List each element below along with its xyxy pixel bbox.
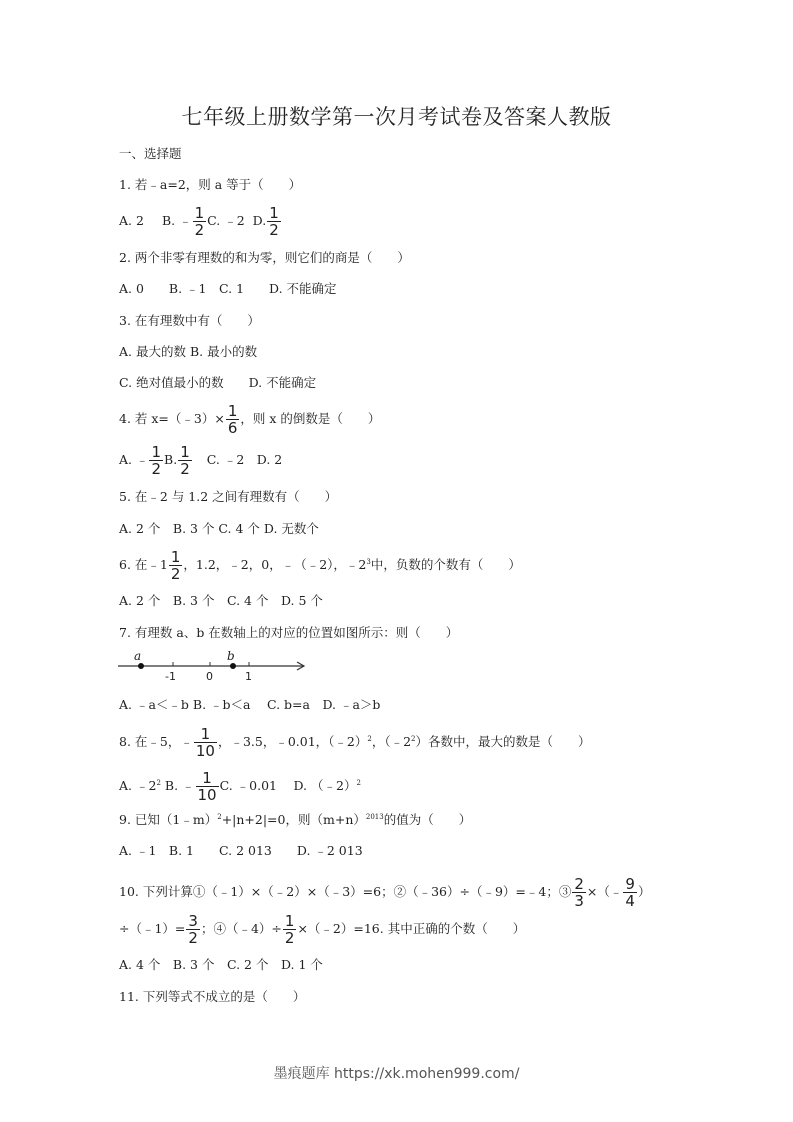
footer-watermark: 墨痕题库 https://xk.mohen999.com/ [0,1063,793,1083]
question-7-options: A. ﹣a＜﹣b B. ﹣b＜a C. b=a D. ﹣a＞b [119,697,380,713]
question-7-stem: 7. 有理数 a、b 在数轴上的对应的位置如图所示：则（ ） [119,625,458,641]
section-heading: 一、选择题 [119,146,182,162]
question-1-options: A. 2B. ﹣12C. ﹣2D.12 [119,205,282,238]
question-6-options: A. 2 个 B. 3 个 C. 4 个 D. 5 个 [119,593,323,609]
fraction: 12 [267,205,281,238]
fraction: 94 [623,876,637,909]
question-9-stem: 9. 已知（1﹣m）2+|n+2|=0，则（m+n）2013的值为（ ） [119,812,471,828]
fraction: 16 [226,403,240,436]
fraction: 32 [186,913,200,946]
question-3-options-2: C. 绝对值最小的数 D. 不能确定 [119,375,316,391]
question-1-stem: 1. 若﹣a=2，则 a 等于（ ） [119,177,301,193]
fraction: 110 [194,726,217,759]
question-3-stem: 3. 在有理数中有（ ） [119,313,260,329]
fraction: 23 [572,876,586,909]
svg-text:-1: -1 [165,670,176,683]
question-11-stem: 11. 下列等式不成立的是（ ） [119,989,305,1005]
fraction: 12 [169,549,183,582]
question-8-stem: 8. 在﹣5，﹣110，﹣3.5，﹣0.01，（﹣2）2，（﹣22）各数中，最大… [119,726,591,759]
question-2-stem: 2. 两个非零有理数的和为零，则它们的商是（ ） [119,250,410,266]
number-line-figure: a b -1 0 1 [118,650,308,686]
svg-text:1: 1 [245,670,252,683]
question-10-line-1: 10. 下列计算①（﹣1）×（﹣2）×（﹣3）=6；②（﹣36）÷（﹣9）=﹣4… [119,876,650,909]
fraction: 12 [193,205,207,238]
question-2-options: A. 0 B. ﹣1 C. 1 D. 不能确定 [119,281,337,297]
question-6-stem: 6. 在﹣112，1.2，﹣2，0，﹣（﹣2），﹣23中，负数的个数有（ ） [119,549,521,582]
svg-text:a: a [134,650,141,663]
question-5-options: A. 2 个 B. 3 个 C. 4 个 D. 无数个 [119,521,319,537]
question-10-options: A. 4 个 B. 3 个 C. 2 个 D. 1 个 [119,957,323,973]
fraction: 12 [283,913,297,946]
question-4-options: A. ﹣12B.12C. ﹣2 D. 2 [119,444,282,477]
question-5-stem: 5. 在﹣2 与 1.2 之间有理数有（ ） [119,489,337,505]
fraction: 12 [178,444,192,477]
question-4-stem: 4. 若 x=（﹣3）×16，则 x 的倒数是（ ） [119,403,380,436]
exam-page: 七年级上册数学第一次月考试卷及答案人教版 一、选择题 1. 若﹣a=2，则 a … [0,0,793,1122]
question-3-options-1: A. 最大的数 B. 最小的数 [119,344,257,360]
question-9-options: A. ﹣1 B. 1 C. 2 013 D. ﹣2 013 [119,843,363,859]
svg-text:0: 0 [206,670,213,683]
question-10-line-2: ÷（﹣1）=32；④（﹣4）÷12×（﹣2）=16. 其中正确的个数（ ） [119,913,525,946]
page-title: 七年级上册数学第一次月考试卷及答案人教版 [0,101,793,131]
svg-text:b: b [227,650,235,663]
fraction: 110 [196,770,219,803]
fraction: 12 [149,444,163,477]
question-8-options: A. ﹣22 B. ﹣110C. ﹣0.01 D. （﹣2）2 [119,770,361,803]
